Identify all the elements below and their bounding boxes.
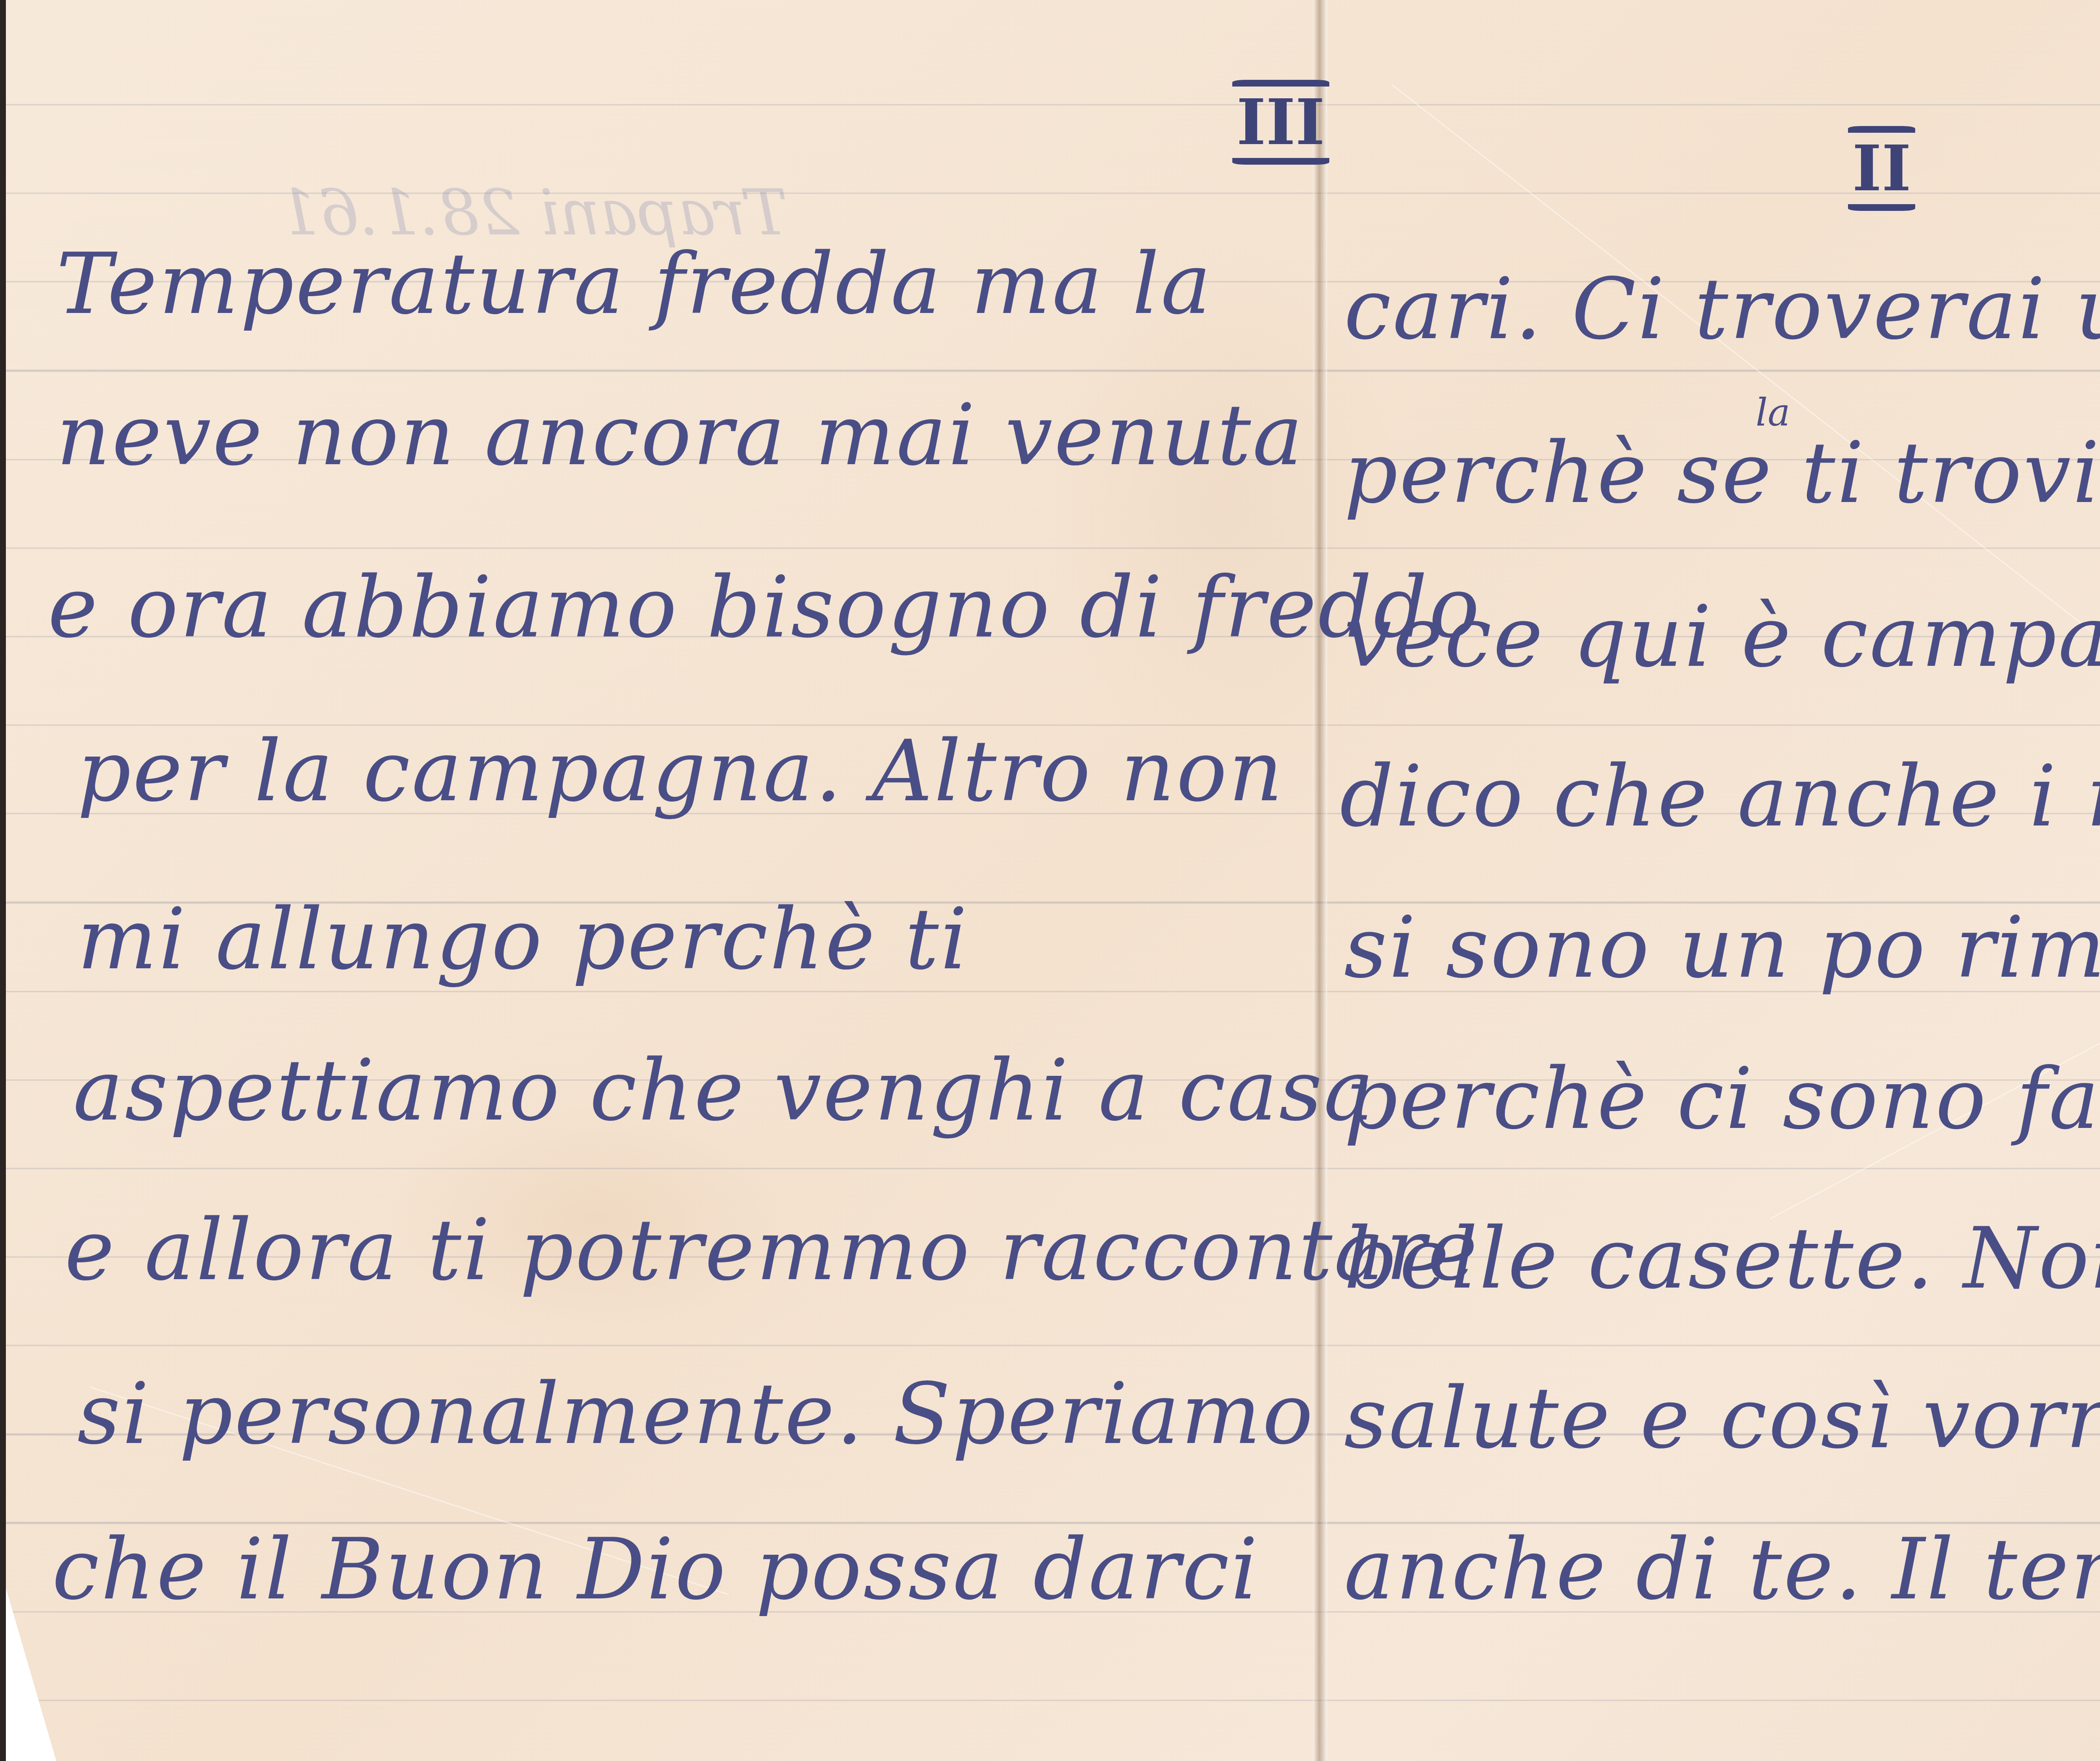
letter-line: e allora ti potremmo raccontare: [65, 1201, 1479, 1299]
left-page: III Trapani 28.1.61 Temperatura fredda m…: [6, 0, 1312, 1761]
right-page: II la cari. Ci troverai un po differente…: [1327, 0, 2100, 1761]
letter-line: neve non ancora mai venuta: [56, 386, 1305, 484]
scan-border: [0, 0, 6, 1761]
letter-line: si personalmente. Speriamo: [77, 1365, 1315, 1463]
letter-line: salute e così vorremmo pensare: [1344, 1369, 2100, 1467]
letter-line: che il Buon Dio possa darci: [52, 1521, 1260, 1619]
letter-line: mi allungo perchè ti: [77, 891, 969, 988]
letter-line: belle casette. Noi godiamo ottima: [1344, 1210, 2100, 1308]
letter-line: dico che anche i nostri paesi: [1340, 748, 2100, 846]
letter-line: anche di te. Il tempo è di: [1344, 1521, 2100, 1619]
page-number-right: II: [1848, 126, 1915, 211]
letter-line: cari. Ci troverai un po differente: [1344, 260, 2100, 358]
letter-line: vece qui è campagna, ma ti: [1344, 588, 2100, 686]
letter-line: e ora abbiamo bisogno di freddo: [48, 559, 1481, 657]
letter-line: Temperatura fredda ma la: [56, 235, 1213, 333]
letter-line: perchè ci sono fabbricate tante: [1344, 1050, 2100, 1148]
page-number-left: III: [1232, 80, 1329, 165]
letter-line: perchè se ti trovi in città e in-: [1344, 424, 2100, 522]
letter-line: aspettiamo che venghi a casa: [73, 1042, 1375, 1140]
center-fold: [1313, 0, 1327, 1761]
letter-line: si sono un po rimodernati: [1344, 899, 2100, 997]
letter-line: per la campagna. Altro non: [77, 723, 1284, 820]
